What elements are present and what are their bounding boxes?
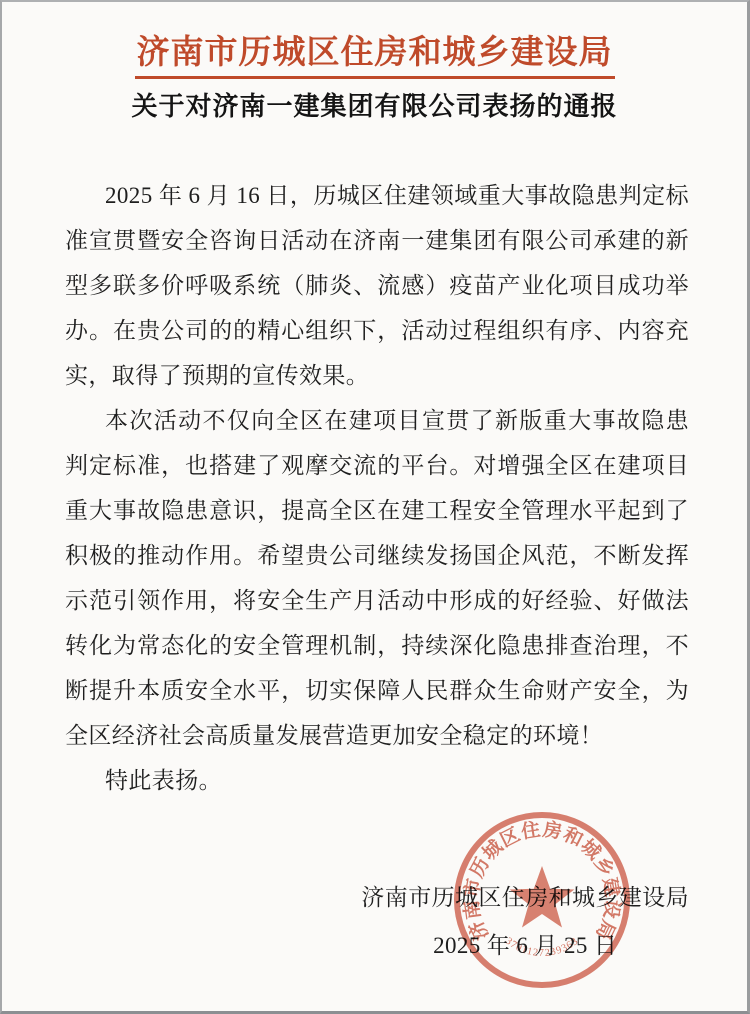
signature-block: 济南市历城区住房和城乡建设局 2025 年 6 月 25 日 — [361, 874, 689, 970]
issuing-authority-title: 济南市历城区住房和城乡建设局 — [135, 32, 615, 79]
signature-organization: 济南市历城区住房和城乡建设局 — [361, 874, 689, 922]
official-notice-document: 济南市历城区住房和城乡建设局 关于对济南一建集团有限公司表扬的通报 2025 年… — [0, 0, 750, 1014]
notice-subject-title: 关于对济南一建集团有限公司表扬的通报 — [2, 91, 747, 123]
signature-date: 2025 年 6 月 25 日 — [361, 922, 689, 970]
paragraph-event-summary: 2025 年 6 月 16 日，历城区住建领域重大事故隐患判定标准宣贯暨安全咨询… — [65, 173, 689, 398]
notice-body: 2025 年 6 月 16 日，历城区住建领域重大事故隐患判定标准宣贯暨安全咨询… — [65, 173, 689, 803]
paragraph-closing: 特此表扬。 — [65, 758, 689, 803]
paragraph-commendation: 本次活动不仅向全区在建项目宣贯了新版重大事故隐患判定标准，也搭建了观摩交流的平台… — [65, 398, 689, 758]
